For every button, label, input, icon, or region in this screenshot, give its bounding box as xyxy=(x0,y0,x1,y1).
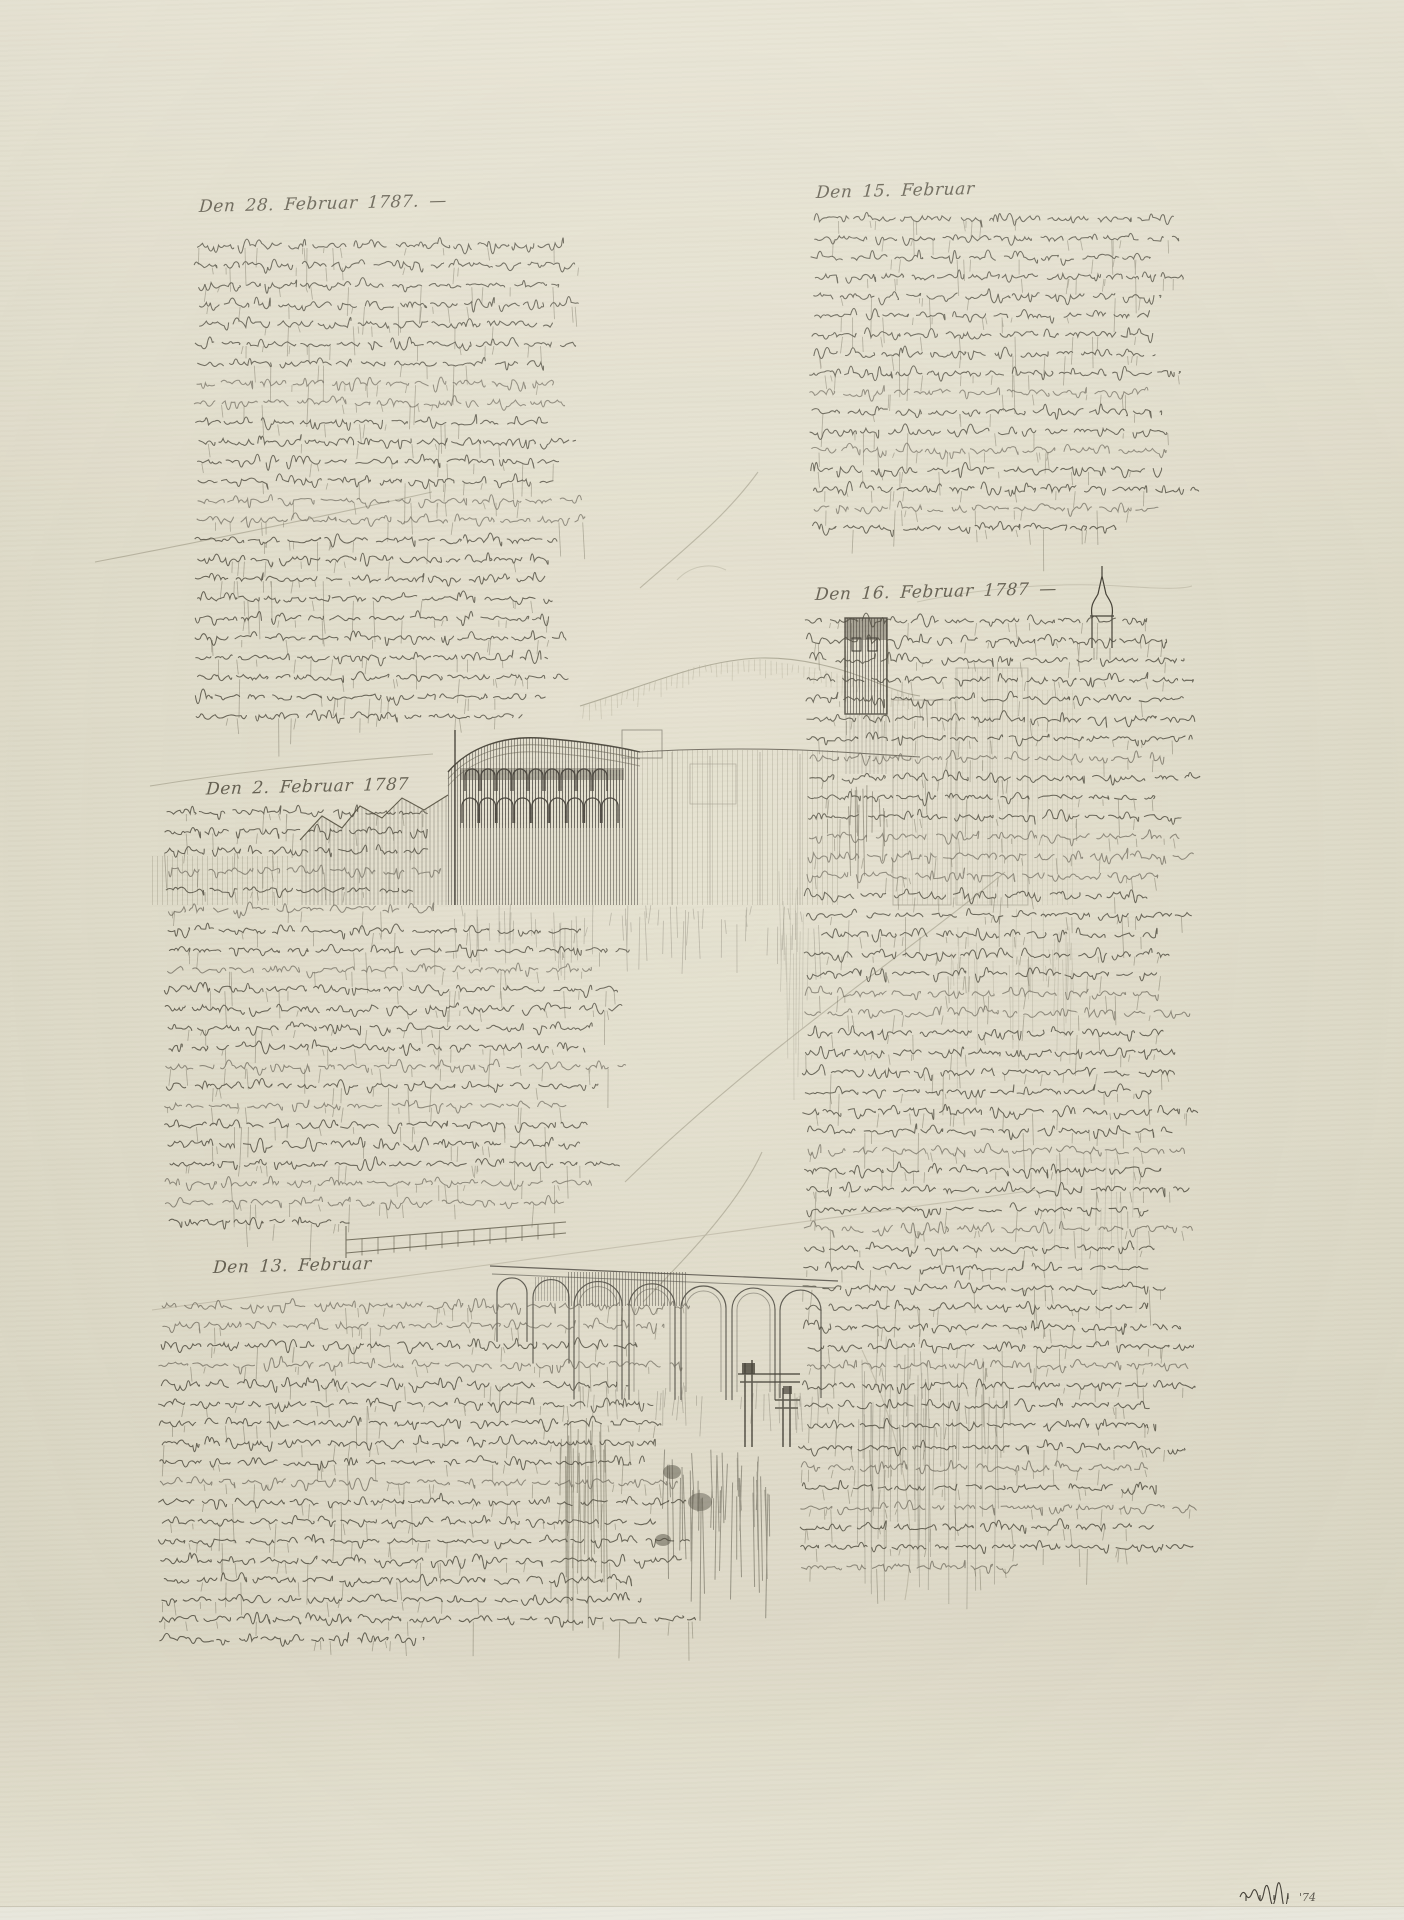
artist-signature: '74 xyxy=(1238,1880,1316,1904)
paper-bottom-edge xyxy=(0,1906,1404,1920)
entry-heading-feb15: Den 15. Februar xyxy=(815,179,975,203)
entry-heading-feb13: Den 13. Februar xyxy=(212,1254,372,1278)
signature-scribble xyxy=(1238,1880,1296,1904)
ink-drip-strokes xyxy=(454,785,1137,1630)
artwork-sheet: Den 28. Februar 1787. — Den 2. Februar 1… xyxy=(0,0,1404,1920)
landscape-drawing xyxy=(0,0,1404,1920)
signature-year: '74 xyxy=(1299,1891,1316,1904)
aqueduct-arches-sketch xyxy=(490,1266,838,1400)
